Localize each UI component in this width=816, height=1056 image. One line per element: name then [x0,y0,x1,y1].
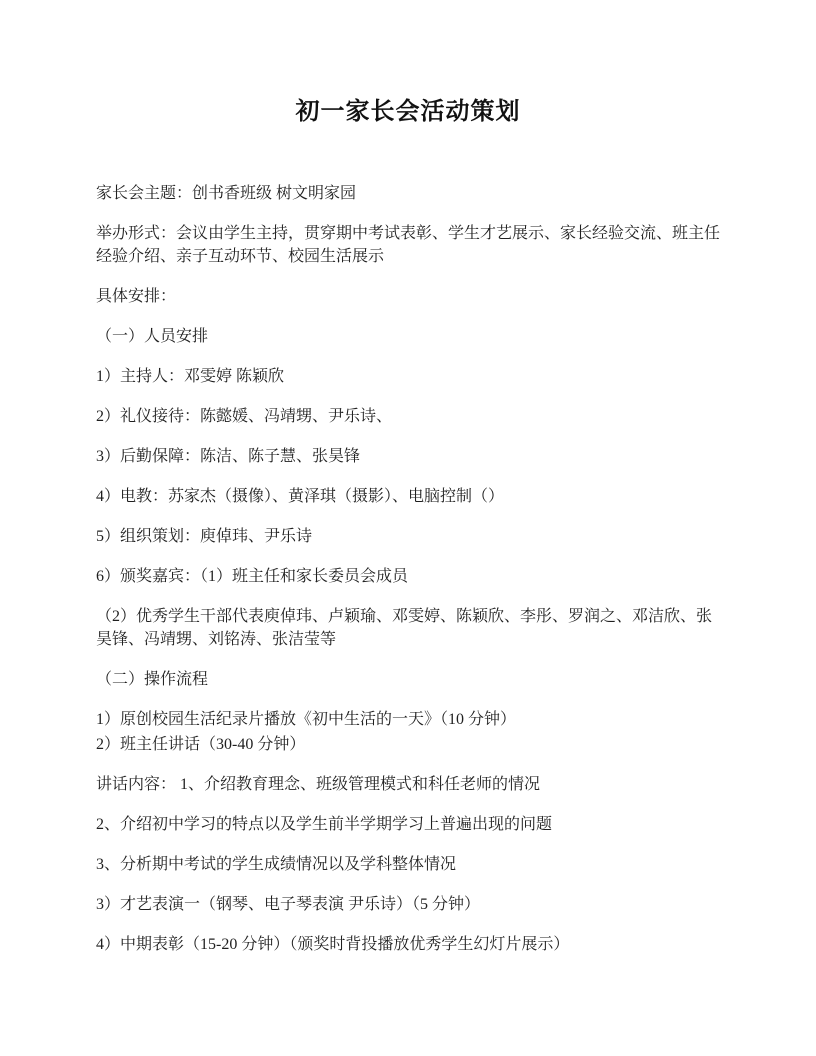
document-page: 初一家长会活动策划 家长会主题：创书香班级 树文明家园 举办形式：会议由学生主持… [0,0,816,1056]
paragraph-section-1-heading: （一）人员安排 [96,325,720,348]
paragraph-flow-step-1: 1）原创校园生活纪录片播放《初中生活的一天》（10 分钟） [96,708,720,731]
paragraph-award-presenters-2: （2）优秀学生干部代表庾倬玮、卢颖瑜、邓雯婷、陈颖欣、李彤、罗润之、邓洁欣、张昊… [96,605,720,651]
paragraph-format: 举办形式：会议由学生主持，贯穿期中考试表彰、学生才艺展示、家长经验交流、班主任经… [96,222,720,268]
paragraph-av-team: 4）电教：苏家杰（摄像）、黄泽琪（摄影）、电脑控制（） [96,485,720,508]
paragraph-award-presenters-1: 6）颁奖嘉宾：（1）班主任和家长委员会成员 [96,565,720,588]
paragraph-organizers: 5）组织策划：庾倬玮、尹乐诗 [96,525,720,548]
document-title: 初一家长会活动策划 [96,97,720,128]
paragraph-speech-content-3: 3、分析期中考试的学生成绩情况以及学科整体情况 [96,853,720,876]
paragraph-hosts: 1）主持人：邓雯婷 陈颖欣 [96,365,720,388]
paragraph-arrangement-heading: 具体安排： [96,285,720,308]
document-body: 家长会主题：创书香班级 树文明家园 举办形式：会议由学生主持，贯穿期中考试表彰、… [96,182,720,956]
paragraph-theme: 家长会主题：创书香班级 树文明家园 [96,182,720,205]
paragraph-flow-step-3: 3）才艺表演一（钢琴、电子琴表演 尹乐诗）（5 分钟） [96,893,720,916]
paragraph-speech-content-1: 讲话内容： 1、介绍教育理念、班级管理模式和科任老师的情况 [96,773,720,796]
paragraph-logistics: 3）后勤保障：陈洁、陈子慧、张昊锋 [96,445,720,468]
paragraph-flow-step-2: 2）班主任讲话（30-40 分钟） [96,733,720,756]
paragraph-etiquette-reception: 2）礼仪接待：陈懿媛、冯靖甥、尹乐诗、 [96,405,720,428]
paragraph-speech-content-2: 2、介绍初中学习的特点以及学生前半学期学习上普遍出现的问题 [96,813,720,836]
paragraph-section-2-heading: （二）操作流程 [96,668,720,691]
paragraph-flow-step-4: 4）中期表彰（15-20 分钟）（颁奖时背投播放优秀学生幻灯片展示） [96,933,720,956]
